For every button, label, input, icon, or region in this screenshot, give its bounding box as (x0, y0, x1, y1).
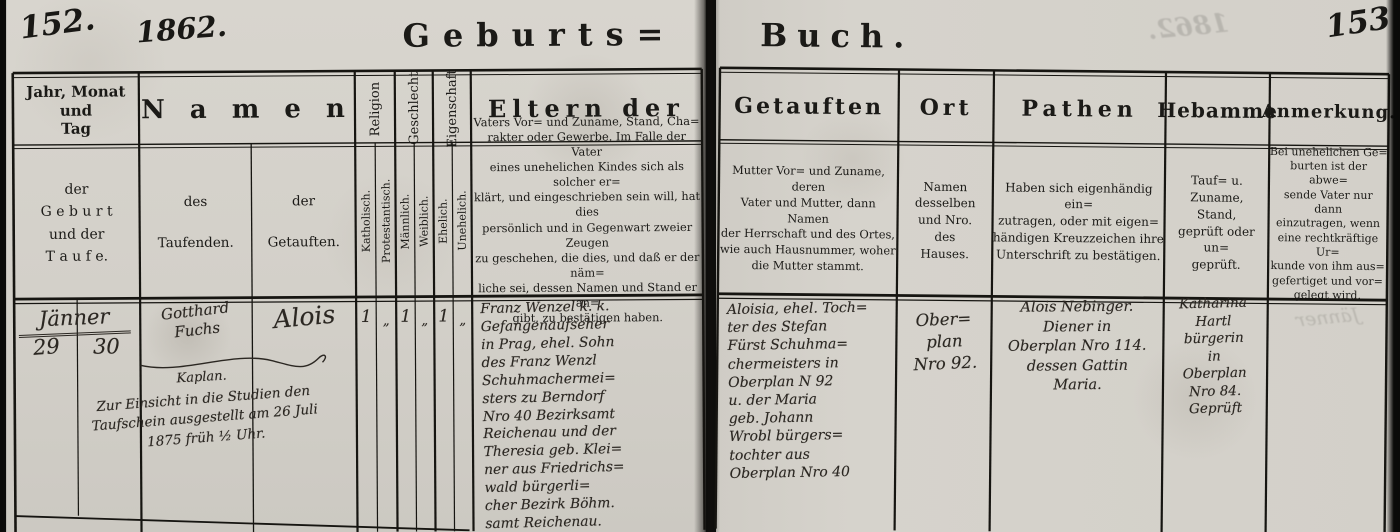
right-page: Buch. 1862. 153. (716, 0, 1400, 532)
header-date: Jahr, Monat und Tag (13, 76, 139, 145)
book-fold (694, 0, 720, 532)
entry-father: Franz Wenzel k. k. Gefangenaufseher in P… (474, 292, 712, 532)
header-pathen: Pathen (993, 74, 1166, 144)
mark-maennlich: 1 (396, 304, 415, 330)
entry-pathen: Alois Nebinger. Diener in Oberplan Nro 1… (997, 298, 1158, 409)
mark-unehelich: „ (453, 307, 472, 333)
subheader-anmerkung: Bei unehelichen Ge= burten ist der abwe=… (1268, 149, 1388, 299)
header-religion: Religion (367, 82, 382, 137)
subheader-date: der G e b u r t und der T a u f e. (13, 148, 140, 298)
header-hebamme: Hebamme (1165, 76, 1270, 145)
mark-weiblich: „ (415, 308, 434, 334)
subheader-weiblich: Weiblich. (417, 195, 430, 246)
subheader-eltern: Vaters Vor= und Zuname, Stand, Cha= rakt… (471, 145, 703, 295)
subheader-katholisch: Katholisch. (359, 190, 372, 252)
header-namen: N a m e n (139, 75, 355, 144)
entry-mother: Aloisia, ehel. Toch= ter des Stefan Fürs… (719, 292, 903, 532)
entry-baptism-day: 30 (80, 331, 132, 361)
subheader-protestantisch: Protestantisch. (379, 179, 393, 263)
subheader-taufenden: des Taufenden. (139, 148, 252, 298)
left-page: 152. 1862. Geburts= (6, 0, 706, 532)
mark-katholisch: 1 (356, 304, 376, 330)
subheader-pathen: Haben sich eigenhändig ein= zutragen, od… (992, 146, 1165, 297)
scan-edge-left (0, 0, 7, 532)
subheader-ort: Namen desselben und Nro. des Hauses. (897, 145, 993, 295)
subheader-unehelich: Unehelich. (455, 191, 468, 251)
scan-edge-right (1386, 0, 1400, 532)
mark-ehelich: 1 (434, 303, 453, 329)
header-anmerkung: Anmerkung. (1269, 77, 1389, 146)
header-ort: Ort (898, 73, 994, 142)
subheader-getauften: der Getauften. (251, 147, 356, 297)
subheader-hebamme: Tauf= u. Zuname, Stand, geprüft oder un=… (1164, 148, 1269, 298)
entry-taufender-title: Kaplan. (166, 365, 237, 389)
entry-hebamme: Katharina Hartl bürgerin in Oberplan Nro… (1165, 294, 1266, 476)
mark-protestantisch: „ (376, 308, 396, 334)
subheader-getauften: Mutter Vor= und Zuname, deren Vater und … (718, 144, 898, 295)
subheader-ehelich: Ehelich. (437, 198, 450, 243)
header-eigenschaft: Eigenschaft (444, 69, 459, 147)
register-scan: 152. 1862. Geburts= (0, 0, 1400, 532)
header-getauften: Getauften (719, 72, 899, 142)
entry-ort: Ober= plan Nro 92. (899, 295, 991, 389)
entry-birth-day: 29 (19, 330, 73, 364)
header-geschlecht: Geschlecht (406, 72, 421, 145)
subheader-maennlich: Männlich. (398, 193, 411, 249)
